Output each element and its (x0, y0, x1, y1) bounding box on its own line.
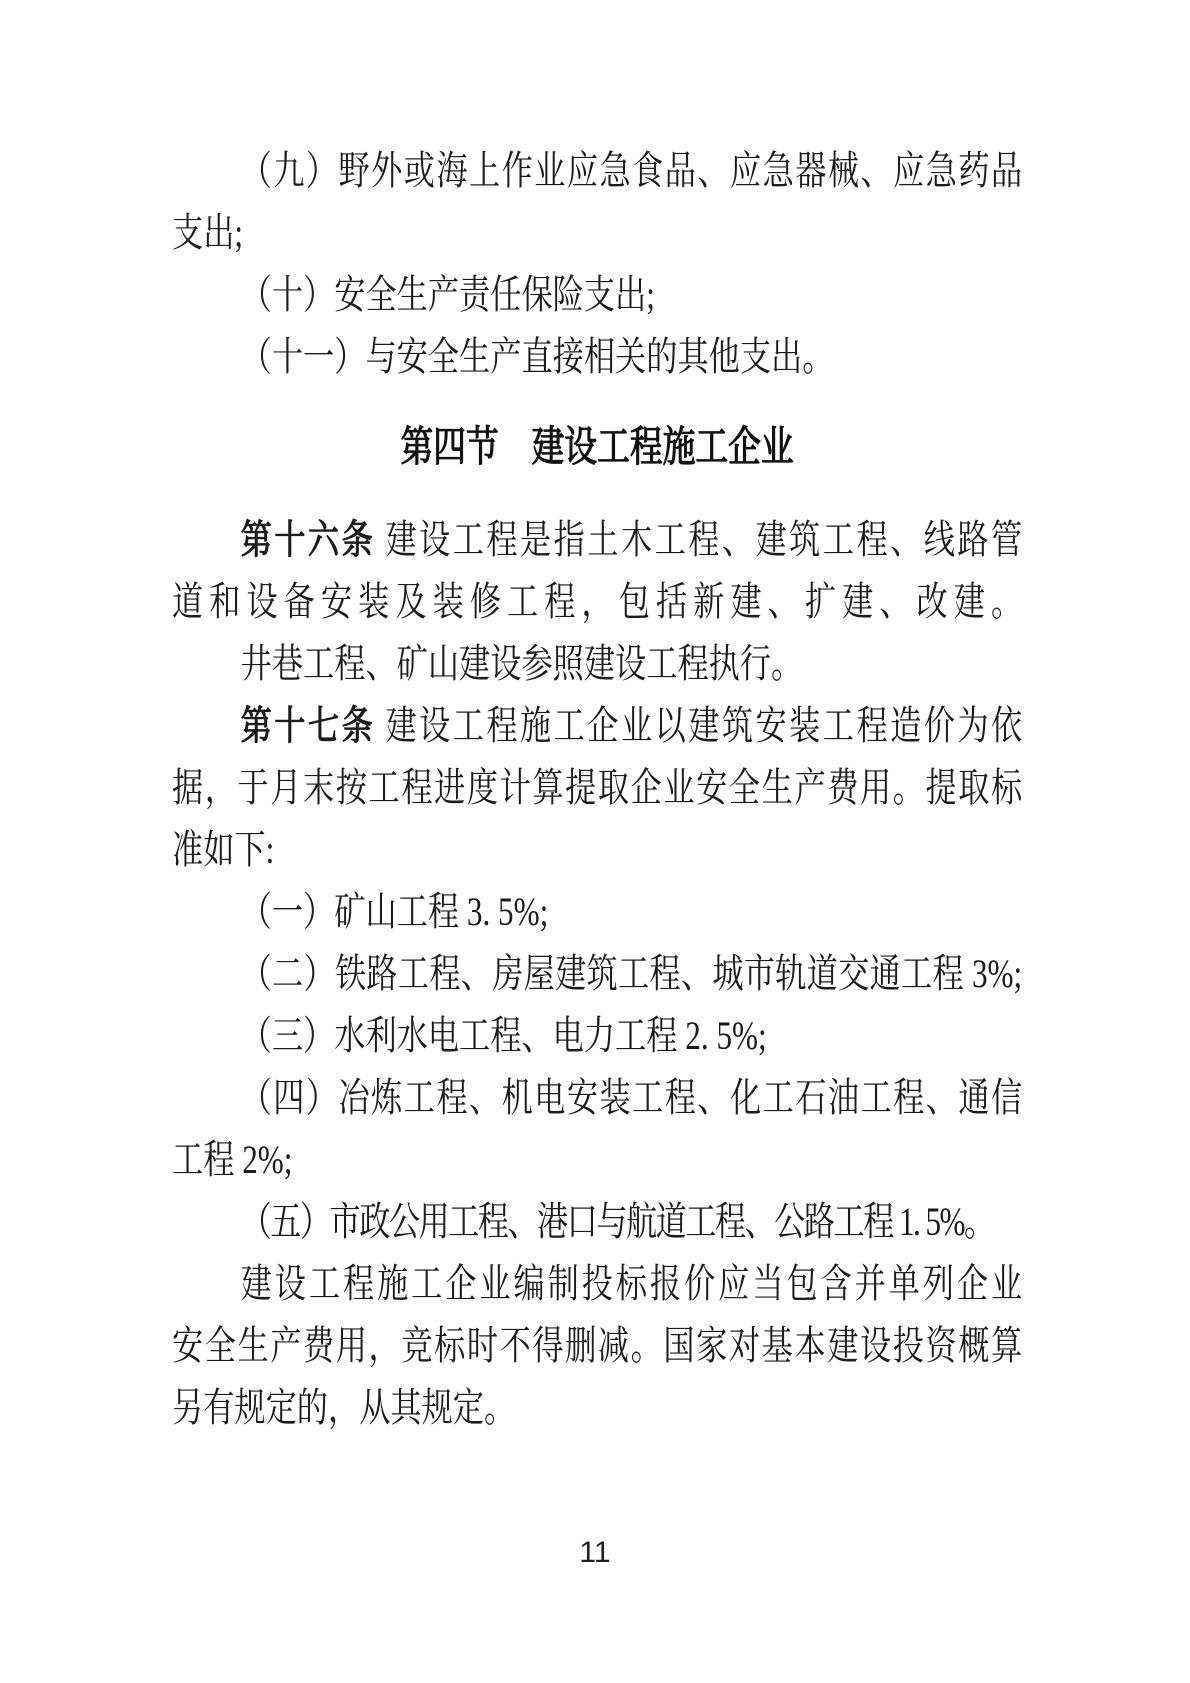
document-page: （九）野外或海上作业应急食品、应急器械、应急药品 支出; （十）安全生产责任保险… (0, 0, 1190, 1683)
rate-item-3: （三）水利水电工程、电力工程 2. 5%; (172, 1005, 1022, 1067)
expense-item-9-line-2: 支出; (172, 202, 1022, 264)
article-17-line-2: 据，于月末按工程进度计算提取企业安全生产费用。提取标 (172, 757, 1022, 819)
article-17-line-1: 第十七条 建设工程施工企业以建筑安装工程造价为依 (172, 695, 1022, 757)
article-16-text: 建设工程是指土木工程、建筑工程、线路管 (375, 517, 1022, 562)
closing-paragraph-line-2: 安全生产费用，竞标时不得删减。国家对基本建设投资概算 (172, 1315, 1022, 1377)
expense-item-11: （十一）与安全生产直接相关的其他支出。 (172, 326, 1022, 388)
article-17-line-3: 准如下: (172, 819, 1022, 881)
article-16-line-1: 第十六条 建设工程是指土木工程、建筑工程、线路管 (172, 509, 1022, 571)
page-number: 11 (0, 1531, 1190, 1575)
rate-item-5: （五）市政公用工程、港口与航道工程、公路工程 1. 5%。 (172, 1191, 1022, 1253)
article-16-number: 第十六条 (241, 518, 376, 562)
closing-paragraph-line-1: 建设工程施工企业编制投标报价应当包含并单列企业 (172, 1253, 1022, 1315)
article-16-line-3: 井巷工程、矿山建设参照建设工程执行。 (172, 633, 1022, 695)
expense-item-10: （十）安全生产责任保险支出; (172, 264, 1022, 326)
section-heading: 第四节 建设工程施工企业 (172, 416, 1022, 478)
document-body: （九）野外或海上作业应急食品、应急器械、应急药品 支出; （十）安全生产责任保险… (172, 140, 1022, 1439)
article-16-line-2: 道和设备安装及装修工程，包括新建、扩建、改建。 (172, 571, 1022, 633)
article-17-text: 建设工程施工企业以建筑安装工程造价为依 (375, 703, 1022, 748)
closing-paragraph-line-3: 另有规定的，从其规定。 (172, 1377, 1022, 1439)
rate-item-1: （一）矿山工程 3. 5%; (172, 881, 1022, 943)
rate-item-2: （二）铁路工程、房屋建筑工程、城市轨道交通工程 3%; (172, 943, 1022, 1005)
expense-item-9-line-1: （九）野外或海上作业应急食品、应急器械、应急药品 (172, 140, 1022, 202)
article-17-number: 第十七条 (241, 704, 376, 748)
rate-item-4-line-2: 工程 2%; (172, 1129, 1022, 1191)
rate-item-4-line-1: （四）冶炼工程、机电安装工程、化工石油工程、通信 (172, 1067, 1022, 1129)
